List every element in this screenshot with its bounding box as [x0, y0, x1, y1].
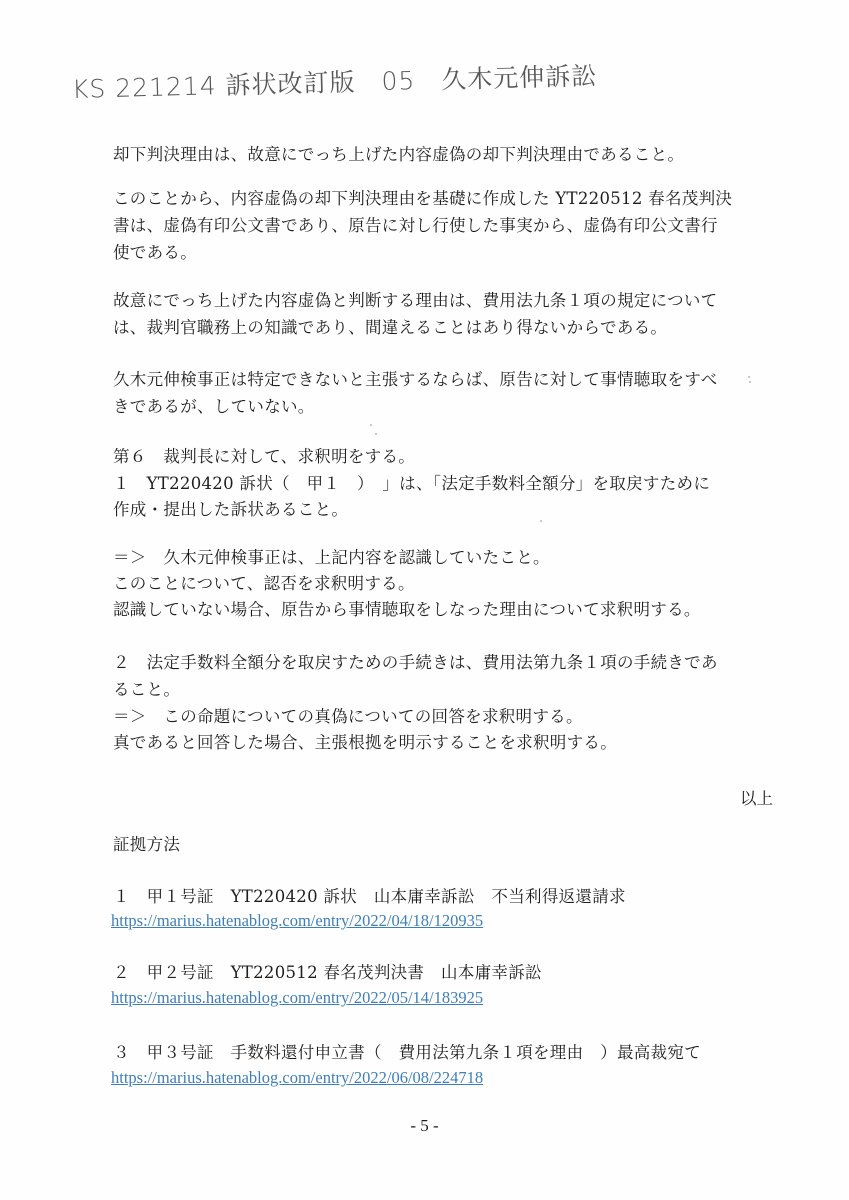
paragraph-4-line-2: きであるが、していない。	[113, 397, 315, 417]
scan-speck	[540, 520, 542, 522]
paragraph-2-line-1: このことから、内容虚偽の却下判決理由を基礎に作成した YT220512 春名茂判…	[113, 189, 732, 209]
evidence-heading: 証拠方法	[113, 835, 180, 855]
evidence-item-1-link[interactable]: https://marius.hatenablog.com/entry/2022…	[111, 911, 483, 931]
paragraph-3-line-1: 故意にでっち上げた内容虚偽と判断する理由は、費用法九条１項の規定について	[113, 291, 717, 311]
scan-speck	[375, 433, 377, 435]
section-6-heading: 第６ 裁判長に対して、求釈明をする。	[113, 447, 415, 467]
paragraph-1-line-1: 却下判決理由は、故意にでっち上げた内容虚偽の却下判決理由であること。	[113, 145, 684, 165]
page-number: - 5 -	[0, 1116, 849, 1136]
section-6-item-2-line-2: ること。	[113, 680, 180, 700]
evidence-item-2-label: ２ 甲２号証 YT220512 春名茂判決書 山本庸幸訴訟	[113, 963, 542, 983]
scan-speck	[748, 376, 750, 378]
section-6-response-line-3: 認識していない場合、原告から事情聴取をしなった理由について求釈明する。	[113, 600, 701, 620]
scan-speck	[370, 424, 372, 426]
handwritten-annotation: KS 221214 訴状改訂版 05 久木元伸訴訟	[72, 56, 598, 106]
section-6-item-2-line-4: 真であると回答した場合、主張根拠を明示することを求釈明する。	[113, 733, 617, 753]
evidence-item-1-label: １ 甲１号証 YT220420 訴状 山本庸幸訴訟 不当利得返還請求	[113, 887, 626, 907]
section-6-item-2-line-1: ２ 法定手数料全額分を取戻すための手続きは、費用法第九条１項の手続きであ	[113, 653, 718, 673]
evidence-item-3-link[interactable]: https://marius.hatenablog.com/entry/2022…	[111, 1068, 483, 1088]
paragraph-3-line-2: は、裁判官職務上の知識であり、間違えることはあり得ないからである。	[113, 318, 667, 338]
section-6-item-1-line-1: １ YT220420 訴状（ 甲１ ） 」は、「法定手数料全額分」を取戻すために	[113, 474, 710, 494]
section-6-item-2-line-3: ＝＞ この命題についての真偽についての回答を求釈明する。	[113, 707, 583, 727]
paragraph-2-line-2: 書は、虚偽有印公文書であり、原告に対し行使した事実から、虚偽有印公文書行	[113, 216, 718, 236]
paragraph-2-line-3: 使である。	[113, 243, 197, 263]
paragraph-4-line-1: 久木元伸検事正は特定できないと主張するならば、原告に対して事情聴取をすべ	[113, 370, 717, 390]
scan-speck	[749, 381, 751, 383]
section-6-item-1-line-2: 作成・提出した訴状あること。	[113, 500, 348, 520]
closing-mark: 以上	[740, 785, 773, 809]
evidence-item-2-link[interactable]: https://marius.hatenablog.com/entry/2022…	[111, 988, 483, 1008]
section-6-response-line-2: このことについて、認否を求釈明する。	[113, 574, 415, 594]
evidence-item-3-label: ３ 甲３号証 手数料還付申立書（ 費用法第九条１項を理由 ）最高裁宛て	[113, 1043, 701, 1063]
section-6-response-line-1: ＝＞ 久木元伸検事正は、上記内容を認識していたこと。	[113, 548, 550, 568]
